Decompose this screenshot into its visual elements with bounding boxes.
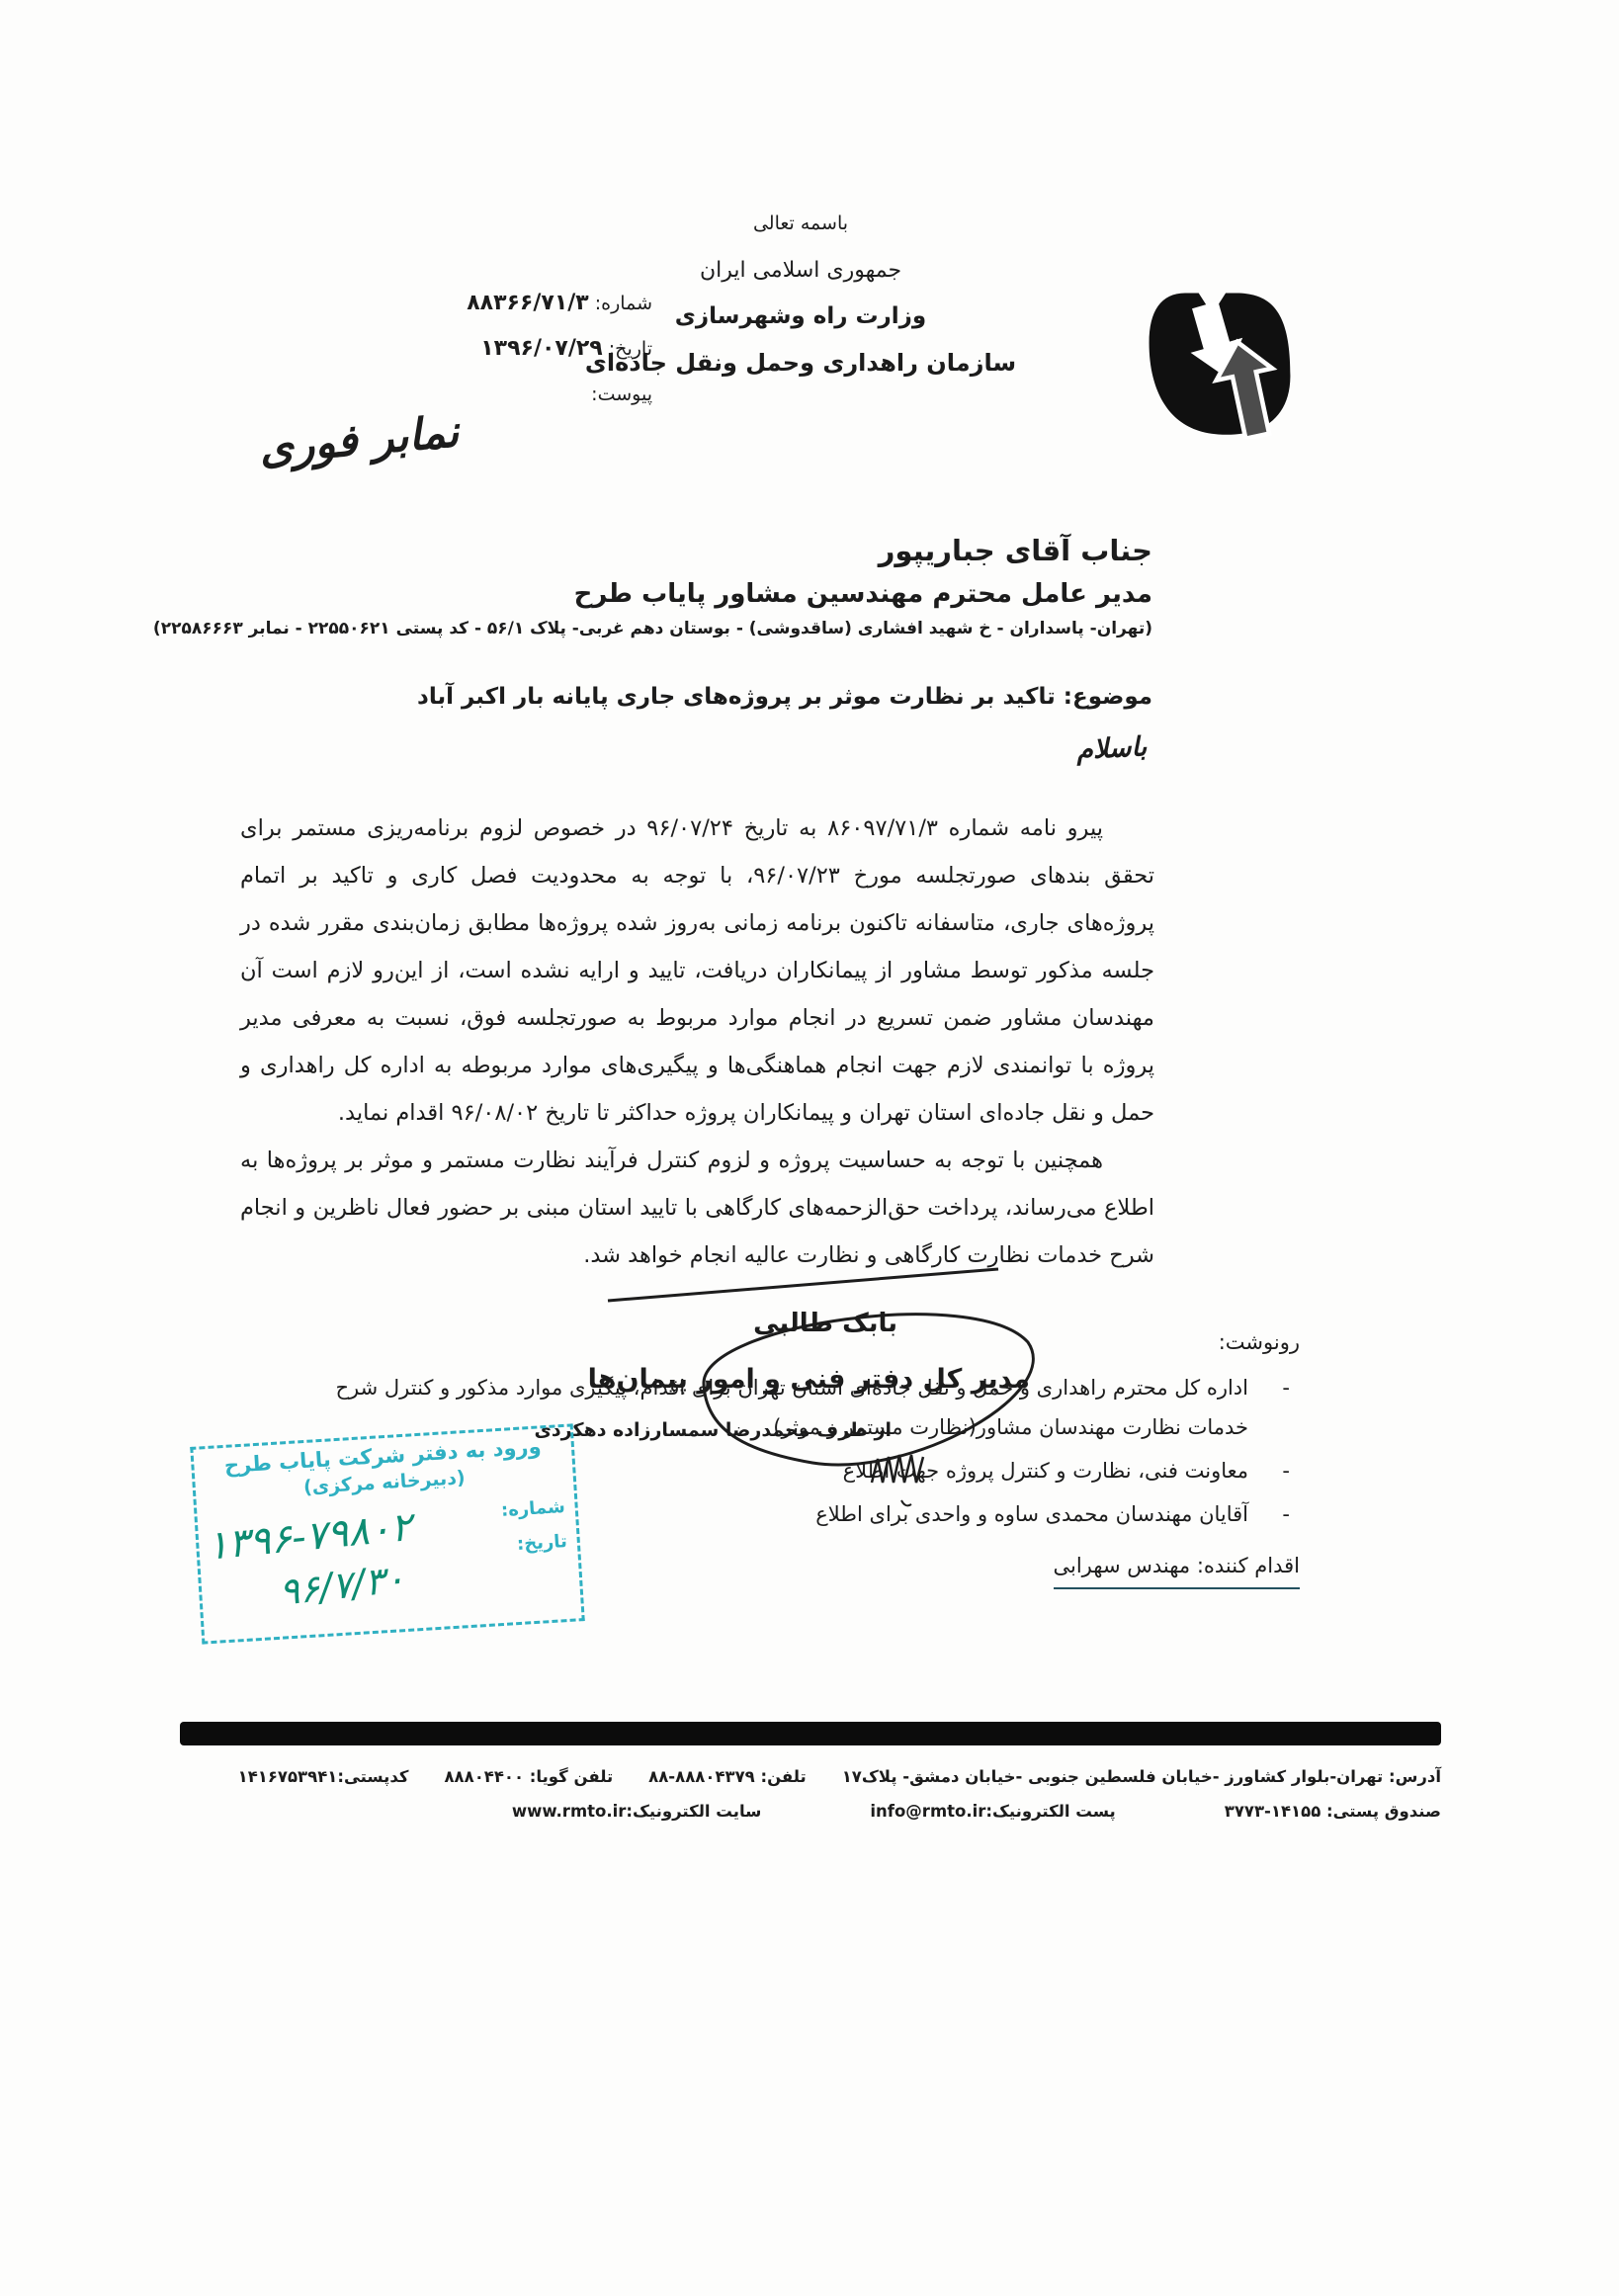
recipient-title: مدیر عامل محترم مهندسین مشاور پایاب طرح [153, 579, 1152, 609]
scanned-letter-page: باسمه تعالی جمهوری اسلامی ایران وزارت را… [0, 0, 1619, 2296]
cc-item-text: آقایان مهندسان محمدی ساوه و واحدی برای ا… [815, 1502, 1248, 1526]
body-paragraph-1: پیرو نامه شماره ۸۶۰۹۷/۷۱/۳ به تاریخ ۹۶/۰… [240, 805, 1154, 1137]
letter-meta: شماره: ۸۸۳۶۶/۷۱/۳ تاریخ: ۱۳۹۶/۰۷/۲۹ پیوس… [326, 281, 652, 417]
cc-bullet: - [1282, 1494, 1290, 1534]
footer-row-1: آدرس: تهران-بلوار کشاورز -خیابان فلسطین … [178, 1767, 1441, 1786]
footer-row-2: صندوق پستی: ۱۴۱۵۵-۳۷۷۳ پست الکترونیک:inf… [178, 1802, 1441, 1821]
footer: آدرس: تهران-بلوار کشاورز -خیابان فلسطین … [178, 1767, 1441, 1821]
cc-item-text: معاونت فنی، نظارت و کنترل پروژه جهت اطلا… [843, 1459, 1248, 1483]
letter-number-row: شماره: ۸۸۳۶۶/۷۱/۳ [326, 281, 652, 326]
letter-number-value: ۸۸۳۶۶/۷۱/۳ [467, 291, 589, 315]
cc-bullet: - [1282, 1451, 1290, 1490]
letter-number-label: شماره: [595, 293, 652, 314]
rmto-logo-icon [1145, 289, 1295, 439]
footer-postal-code: کدپستی:۱۴۱۶۷۵۳۹۴۱ [238, 1767, 409, 1786]
salutation-note: باسلام [1075, 731, 1148, 766]
recipient-block: جناب آقای جباریپور مدیر عامل محترم مهندس… [153, 534, 1152, 638]
subject-text: تاکید بر نظارت موثر بر پروژه‌های جاری پا… [417, 684, 1056, 710]
stamp-date-label: تاریخ: [516, 1531, 567, 1555]
footer-address: آدرس: تهران-بلوار کشاورز -خیابان فلسطین … [842, 1767, 1441, 1786]
recipient-name: جناب آقای جباریپور [153, 534, 1152, 567]
entry-stamp: ورود به دفتر شرکت پایاب طرح (دبیرخانه مر… [190, 1423, 584, 1644]
handler-line: اقدام کننده: مهندس سهرابی [1054, 1546, 1301, 1589]
cc-label: رونوشت: [331, 1322, 1300, 1362]
urgent-fax-note: نمابر فوری [257, 406, 461, 473]
letter-date-value: ۱۳۹۶/۰۷/۲۹ [480, 336, 603, 361]
footer-divider-bar [180, 1722, 1441, 1745]
letter-date-label: تاریخ: [609, 338, 652, 360]
letter-date-row: تاریخ: ۱۳۹۶/۰۷/۲۹ [326, 326, 652, 372]
stamp-number-label: شماره: [500, 1496, 565, 1521]
cc-bullet: - [1282, 1368, 1290, 1407]
footer-po-box: صندوق پستی: ۱۴۱۵۵-۳۷۷۳ [1225, 1802, 1441, 1821]
bismillah-line: باسمه تعالی [514, 201, 1087, 247]
footer-voice-phone: تلفن گویا: ۸۸۸۰۴۴۰۰ [444, 1767, 613, 1786]
subject-line: موضوع: تاکید بر نظارت موثر بر پروژه‌های … [417, 684, 1152, 710]
letter-attachment-row: پیوست: [326, 372, 652, 417]
footer-website: سایت الکترونیک:www.rmto.ir [512, 1802, 762, 1821]
subject-label: موضوع: [1064, 684, 1152, 710]
recipient-address: (تهران- پاسداران - خ شهید افشاری (ساقدوش… [153, 619, 1152, 638]
letter-body: پیرو نامه شماره ۸۶۰۹۷/۷۱/۳ به تاریخ ۹۶/۰… [240, 805, 1154, 1279]
footer-email: پست الکترونیک:info@rmto.ir [870, 1802, 1115, 1821]
footer-phone: تلفن: ۸۸۸۰۴۳۷۹-۸۸ [648, 1767, 807, 1786]
letter-attachment-label: پیوست: [591, 383, 652, 405]
